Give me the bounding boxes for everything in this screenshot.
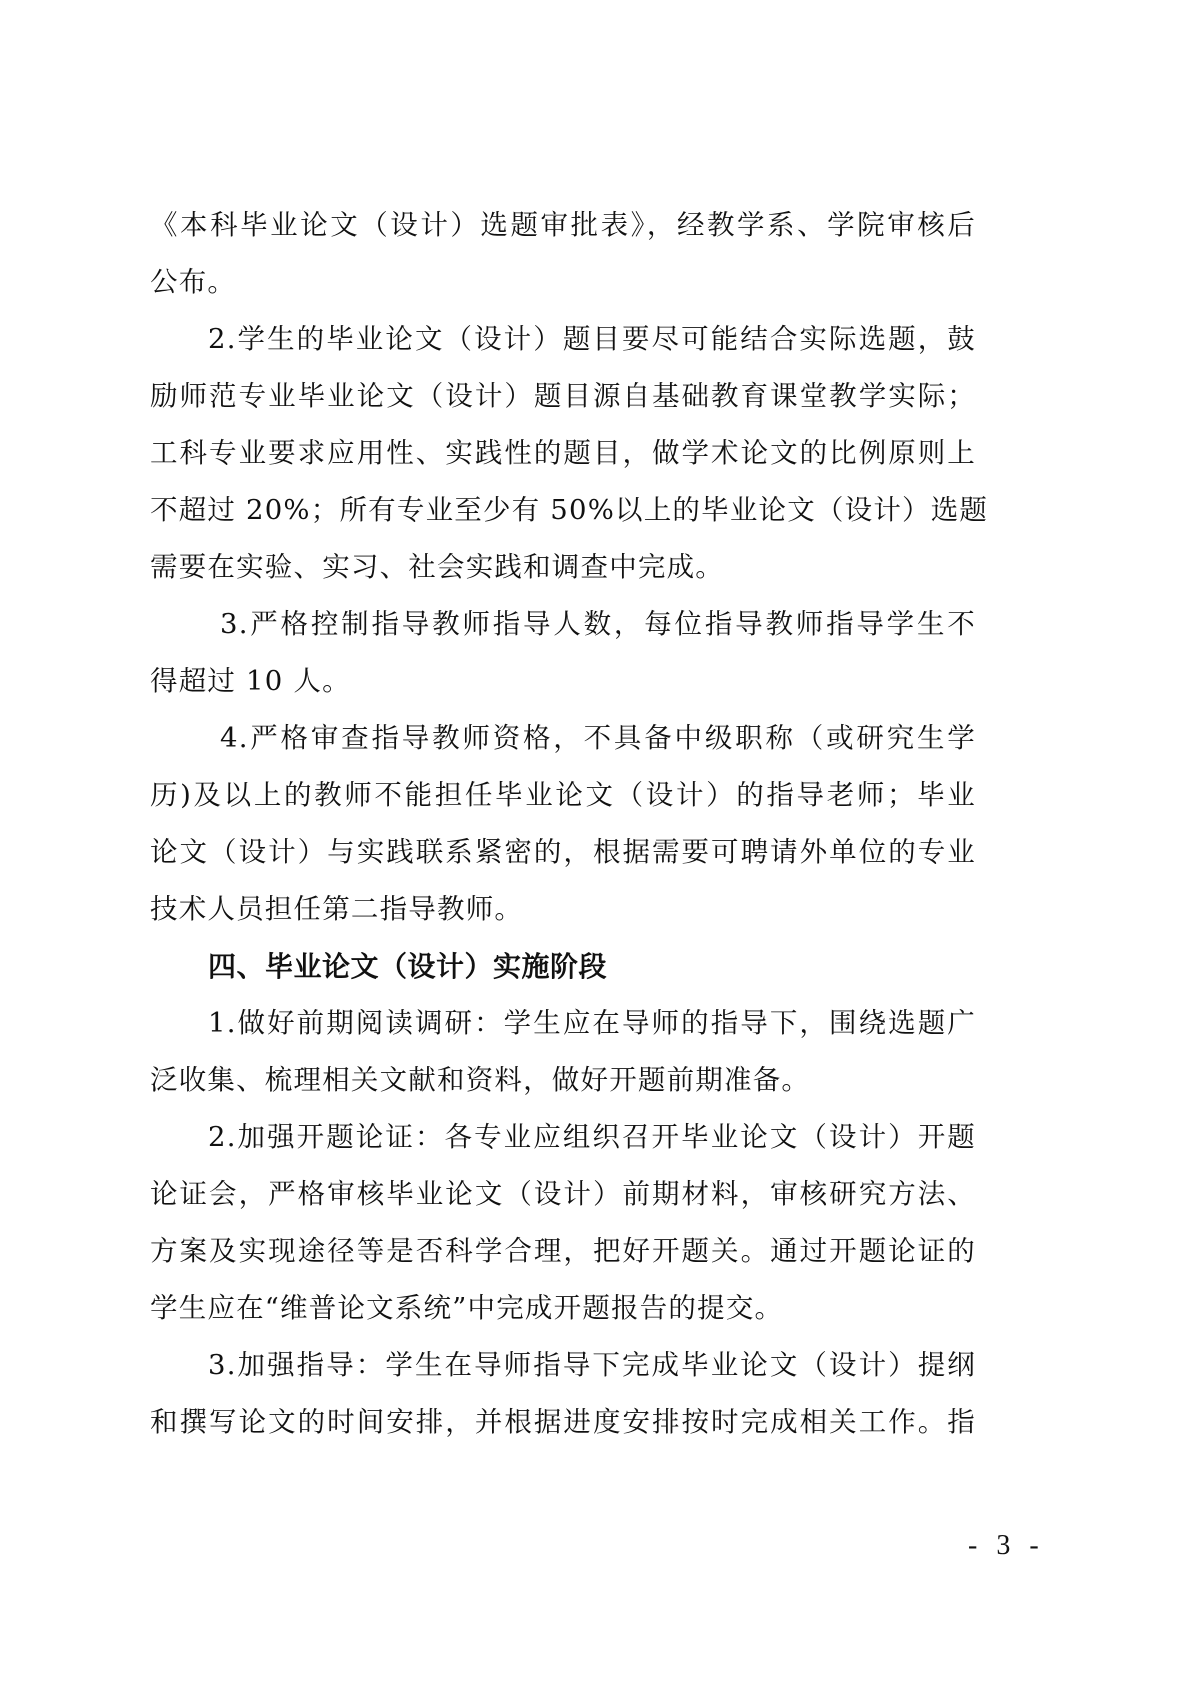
- text-line: 得超过 10 人。: [150, 653, 976, 710]
- text-line: 历)及以上的教师不能担任毕业论文（设计）的指导老师；毕业: [150, 767, 976, 824]
- text-line: 公布。: [150, 254, 976, 311]
- text-line: 技术人员担任第二指导教师。: [150, 881, 976, 938]
- text-line: 学生应在“维普论文系统”中完成开题报告的提交。: [150, 1280, 976, 1337]
- text-line: 不超过 20%；所有专业至少有 50%以上的毕业论文（设计）选题: [150, 482, 976, 539]
- paragraph-start-line: 3.严格控制指导教师指导人数，每位指导教师指导学生不: [150, 596, 976, 653]
- paragraph-start-line: 2.学生的毕业论文（设计）题目要尽可能结合实际选题，鼓: [150, 311, 976, 368]
- text-line: 和撰写论文的时间安排，并根据进度安排按时完成相关工作。指: [150, 1394, 976, 1451]
- paragraph-start-line: 2.加强开题论证：各专业应组织召开毕业论文（设计）开题: [150, 1109, 976, 1166]
- paragraph-start-line: 4.严格审查指导教师资格，不具备中级职称（或研究生学: [150, 710, 976, 767]
- text-line: 论证会，严格审核毕业论文（设计）前期材料，审核研究方法、: [150, 1166, 976, 1223]
- page-number: - 3 -: [968, 1530, 1045, 1562]
- text-line: 方案及实现途径等是否科学合理，把好开题关。通过开题论证的: [150, 1223, 976, 1280]
- text-line: 《本科毕业论文（设计）选题审批表》，经教学系、学院审核后: [150, 197, 976, 254]
- text-line: 励师范专业毕业论文（设计）题目源自基础教育课堂教学实际；: [150, 368, 976, 425]
- text-line: 工科专业要求应用性、实践性的题目，做学术论文的比例原则上: [150, 425, 976, 482]
- text-line: 泛收集、梳理相关文献和资料，做好开题前期准备。: [150, 1052, 976, 1109]
- document-body: 《本科毕业论文（设计）选题审批表》，经教学系、学院审核后 公布。 2.学生的毕业…: [150, 197, 976, 1451]
- section-heading: 四、毕业论文（设计）实施阶段: [150, 938, 976, 995]
- text-line: 论文（设计）与实践联系紧密的，根据需要可聘请外单位的专业: [150, 824, 976, 881]
- paragraph-start-line: 3.加强指导：学生在导师指导下完成毕业论文（设计）提纲: [150, 1337, 976, 1394]
- paragraph-start-line: 1.做好前期阅读调研：学生应在导师的指导下，围绕选题广: [150, 995, 976, 1052]
- text-line: 需要在实验、实习、社会实践和调查中完成。: [150, 539, 976, 596]
